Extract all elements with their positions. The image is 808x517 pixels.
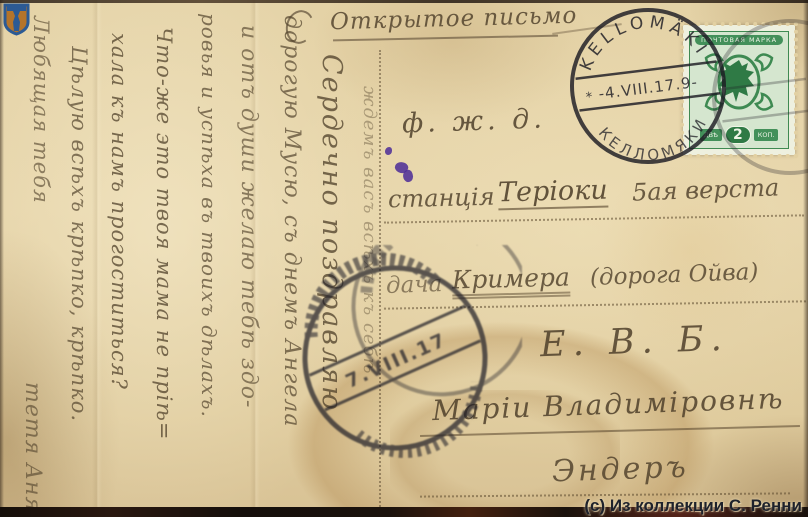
violet-ink-blot: [385, 147, 392, 155]
arrival-postmark: 7.VIII.17: [282, 245, 522, 475]
message-line: Любящая тебя: [29, 16, 53, 204]
paper-crease: [92, 0, 102, 517]
svg-text:*: *: [585, 90, 594, 106]
railway-abbreviation: ф. ж. д.: [402, 103, 547, 139]
departure-postmark: KELLOMÄKI КЕЛЛОМЯКИ * -4.VIII.17.9-: [565, 2, 808, 180]
svg-text:КЕЛЛОМЯКИ: КЕЛЛОМЯКИ: [594, 111, 716, 170]
violet-ink-blot: [401, 169, 415, 184]
page-title: Открытое письмо: [330, 3, 578, 35]
scan-edge-top: [0, 0, 808, 3]
message-line: и отъ души желаю тебѣ здо-: [236, 25, 261, 408]
postcard-scan: Открытое письмо ждемъ васъ всѣхъ къ себѣ…: [0, 0, 808, 517]
message-line: ровья и успѣха въ твоихъ дѣлахъ.: [197, 13, 221, 418]
scan-edge-left: [0, 0, 4, 517]
message-line: Цѣлую всѣхъ крѣпко, крѣпко.: [67, 46, 91, 422]
address-ruled-line: [384, 214, 804, 223]
address-station-prefix: станція: [388, 183, 495, 214]
address-line2-suffix: (дорога Ойва): [590, 259, 759, 291]
message-line: тетя Аня.: [20, 382, 45, 517]
message-line: Что-же это твоя мама не пріѣ=: [152, 27, 176, 441]
message-line: хала къ намъ прогоститься?: [107, 33, 131, 390]
address-surname: Эндеръ: [551, 450, 689, 490]
address-honorific: Е. В. Б.: [539, 319, 729, 366]
scan-edge-right: [803, 0, 808, 517]
header-underline: [333, 35, 558, 42]
collection-site-shield-logo: [3, 3, 30, 36]
copyright-watermark: (с) Из коллекции С. Ренни: [584, 496, 802, 516]
